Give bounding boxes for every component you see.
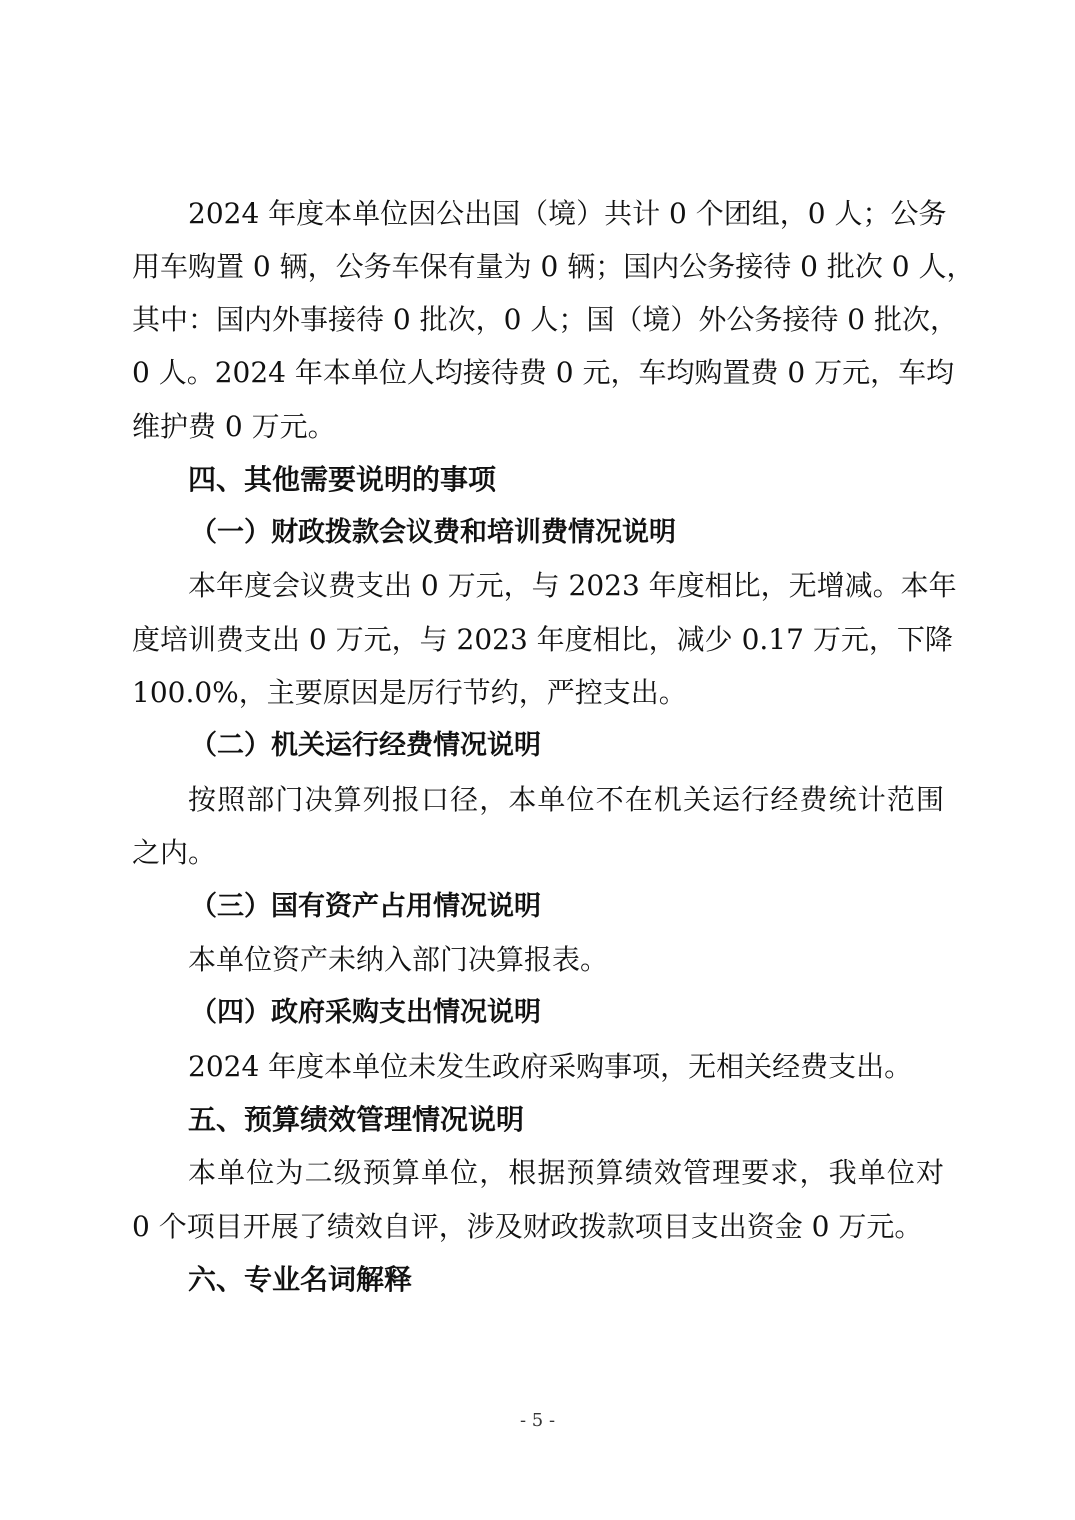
text-line: 本年度会议费支出 0 万元，与 2023 年度相比，无增减。本年 (188, 568, 944, 604)
text-line: 其中：国内外事接待 0 批次，0 人；国（境）外公务接待 0 批次， (132, 302, 944, 338)
text-line: 用车购置 0 辆，公务车保有量为 0 辆；国内公务接待 0 批次 0 人， (132, 249, 944, 285)
text-line: 本单位为二级预算单位，根据预算绩效管理要求，我单位对 (188, 1155, 944, 1191)
section-heading-6: 六、专业名词解释 (188, 1262, 412, 1298)
text-line: 度培训费支出 0 万元，与 2023 年度相比，减少 0.17 万元，下降 (132, 622, 944, 658)
text-line: 0 个项目开展了绩效自评，涉及财政拨款项目支出资金 0 万元。 (132, 1209, 944, 1245)
text-line: 按照部门决算列报口径，本单位不在机关运行经费统计范围 (188, 782, 944, 818)
section-heading-4: 四、其他需要说明的事项 (188, 462, 496, 498)
text-line: 2024 年度本单位未发生政府采购事项，无相关经费支出。 (188, 1049, 944, 1085)
subsection-heading-2: （二）机关运行经费情况说明 (190, 728, 541, 764)
text-line: 维护费 0 万元。 (132, 409, 944, 445)
text-line: 0 人。2024 年本单位人均接待费 0 元，车均购置费 0 万元，车均 (132, 355, 944, 391)
text-line: 本单位资产未纳入部门决算报表。 (188, 942, 944, 978)
subsection-heading-3: （三）国有资产占用情况说明 (190, 889, 541, 925)
page-number: - 5 - (0, 1410, 1075, 1431)
subsection-heading-1: （一）财政拨款会议费和培训费情况说明 (190, 515, 676, 551)
subsection-heading-4: （四）政府采购支出情况说明 (190, 995, 541, 1031)
text-line: 2024 年度本单位因公出国（境）共计 0 个团组，0 人；公务 (188, 196, 944, 232)
text-line: 之内。 (132, 835, 944, 871)
section-heading-5: 五、预算绩效管理情况说明 (188, 1102, 524, 1138)
text-line: 100.0%，主要原因是厉行节约，严控支出。 (132, 675, 944, 711)
